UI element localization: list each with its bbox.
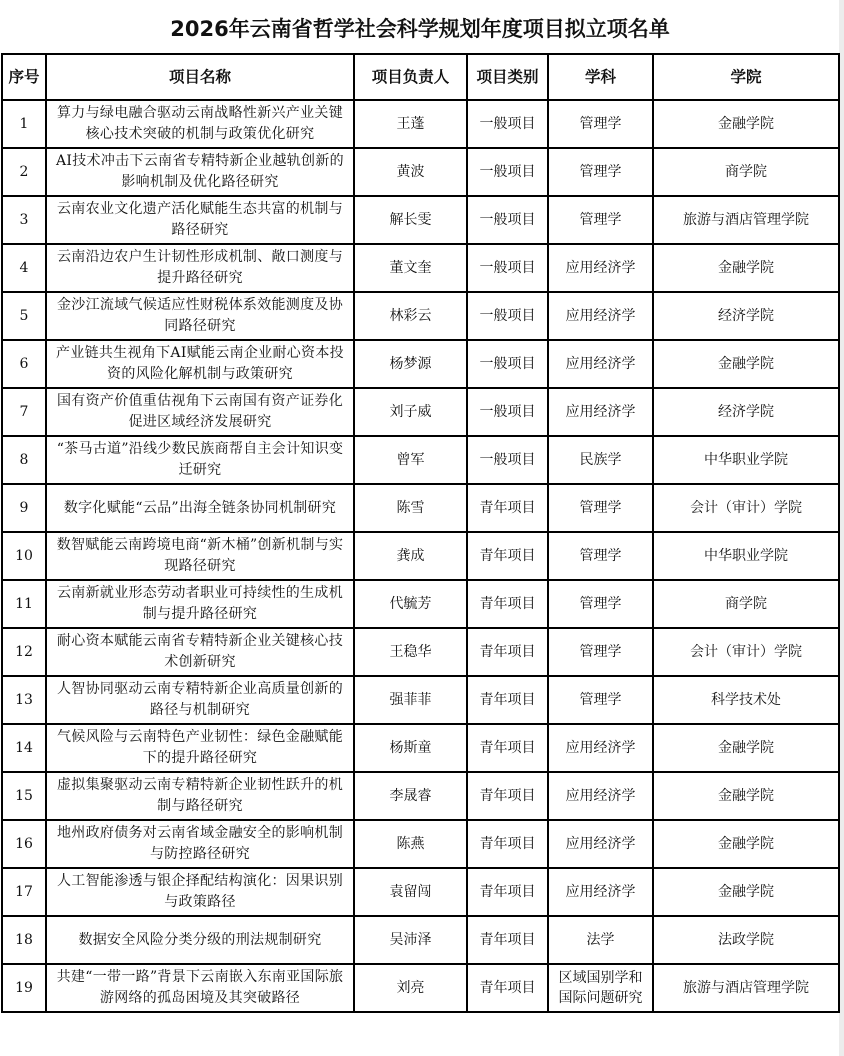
college-cell: 金融学院 (653, 100, 839, 148)
discipline-cell: 管理学 (548, 580, 653, 628)
table-row: 13人智协同驱动云南专精特新企业高质量创新的路径与机制研究强菲菲青年项目管理学科… (2, 676, 839, 724)
row-no-cell: 12 (2, 628, 46, 676)
category-cell: 青年项目 (467, 532, 548, 580)
leader-cell: 解长雯 (354, 196, 467, 244)
college-cell: 经济学院 (653, 292, 839, 340)
category-cell: 一般项目 (467, 340, 548, 388)
table-row: 4云南沿边农户生计韧性形成机制、敞口测度与提升路径研究董文奎一般项目应用经济学金… (2, 244, 839, 292)
row-no-cell: 1 (2, 100, 46, 148)
college-cell: 金融学院 (653, 820, 839, 868)
table-row: 3云南农业文化遗产活化赋能生态共富的机制与路径研究解长雯一般项目管理学旅游与酒店… (2, 196, 839, 244)
category-cell: 一般项目 (467, 100, 548, 148)
discipline-cell: 管理学 (548, 676, 653, 724)
row-no-cell: 6 (2, 340, 46, 388)
discipline-cell: 管理学 (548, 628, 653, 676)
discipline-cell: 应用经济学 (548, 244, 653, 292)
project-name-cell: 算力与绿电融合驱动云南战略性新兴产业关键核心技术突破的机制与政策优化研究 (46, 100, 354, 148)
college-cell: 金融学院 (653, 244, 839, 292)
leader-cell: 王蓬 (354, 100, 467, 148)
table-row: 18数据安全风险分类分级的刑法规制研究吴沛泽青年项目法学法政学院 (2, 916, 839, 964)
project-name-cell: 数智赋能云南跨境电商“新木桶”创新机制与实现路径研究 (46, 532, 354, 580)
table-row: 12耐心资本赋能云南省专精特新企业关键核心技术创新研究王稳华青年项目管理学会计（… (2, 628, 839, 676)
college-cell: 中华职业学院 (653, 532, 839, 580)
category-cell: 青年项目 (467, 772, 548, 820)
discipline-cell: 应用经济学 (548, 340, 653, 388)
discipline-cell: 应用经济学 (548, 772, 653, 820)
header-discipline: 学科 (548, 54, 653, 100)
table-row: 9数字化赋能“云品”出海全链条协同机制研究陈雪青年项目管理学会计（审计）学院 (2, 484, 839, 532)
college-cell: 会计（审计）学院 (653, 628, 839, 676)
college-cell: 会计（审计）学院 (653, 484, 839, 532)
row-no-cell: 13 (2, 676, 46, 724)
leader-cell: 陈燕 (354, 820, 467, 868)
table-row: 15虚拟集聚驱动云南专精特新企业韧性跃升的机制与路径研究李晟睿青年项目应用经济学… (2, 772, 839, 820)
project-name-cell: 云南农业文化遗产活化赋能生态共富的机制与路径研究 (46, 196, 354, 244)
college-cell: 经济学院 (653, 388, 839, 436)
leader-cell: 王稳华 (354, 628, 467, 676)
college-cell: 金融学院 (653, 868, 839, 916)
table-row: 17人工智能渗透与银企择配结构演化：因果识别与政策路径袁留闯青年项目应用经济学金… (2, 868, 839, 916)
college-cell: 商学院 (653, 148, 839, 196)
college-cell: 金融学院 (653, 724, 839, 772)
college-cell: 法政学院 (653, 916, 839, 964)
table-row: 16地州政府债务对云南省域金融安全的影响机制与防控路径研究陈燕青年项目应用经济学… (2, 820, 839, 868)
table-row: 11云南新就业形态劳动者职业可持续性的生成机制与提升路径研究代毓芳青年项目管理学… (2, 580, 839, 628)
leader-cell: 袁留闯 (354, 868, 467, 916)
category-cell: 青年项目 (467, 916, 548, 964)
table-row: 14气候风险与云南特色产业韧性：绿色金融赋能下的提升路径研究杨斯童青年项目应用经… (2, 724, 839, 772)
row-no-cell: 11 (2, 580, 46, 628)
project-name-cell: 产业链共生视角下AI赋能云南企业耐心资本投资的风险化解机制与政策研究 (46, 340, 354, 388)
table-row: 19共建“一带一路”背景下云南嵌入东南亚国际旅游网络的孤岛困境及其突破路径刘亮青… (2, 964, 839, 1012)
college-cell: 商学院 (653, 580, 839, 628)
leader-cell: 董文奎 (354, 244, 467, 292)
leader-cell: 刘亮 (354, 964, 467, 1012)
category-cell: 一般项目 (467, 388, 548, 436)
leader-cell: 黄波 (354, 148, 467, 196)
project-name-cell: 人工智能渗透与银企择配结构演化：因果识别与政策路径 (46, 868, 354, 916)
header-no: 序号 (2, 54, 46, 100)
leader-cell: 强菲菲 (354, 676, 467, 724)
project-name-cell: 云南沿边农户生计韧性形成机制、敞口测度与提升路径研究 (46, 244, 354, 292)
row-no-cell: 16 (2, 820, 46, 868)
row-no-cell: 9 (2, 484, 46, 532)
project-name-cell: 人智协同驱动云南专精特新企业高质量创新的路径与机制研究 (46, 676, 354, 724)
category-cell: 一般项目 (467, 196, 548, 244)
row-no-cell: 4 (2, 244, 46, 292)
project-name-cell: AI技术冲击下云南省专精特新企业越轨创新的影响机制及优化路径研究 (46, 148, 354, 196)
project-list-table: 序号 项目名称 项目负责人 项目类别 学科 学院 1算力与绿电融合驱动云南战略性… (1, 53, 840, 1013)
project-name-cell: 国有资产价值重估视角下云南国有资产证券化促进区域经济发展研究 (46, 388, 354, 436)
table-row: 10数智赋能云南跨境电商“新木桶”创新机制与实现路径研究龚成青年项目管理学中华职… (2, 532, 839, 580)
discipline-cell: 管理学 (548, 100, 653, 148)
college-cell: 科学技术处 (653, 676, 839, 724)
college-cell: 金融学院 (653, 772, 839, 820)
leader-cell: 林彩云 (354, 292, 467, 340)
header-leader: 项目负责人 (354, 54, 467, 100)
project-name-cell: 气候风险与云南特色产业韧性：绿色金融赋能下的提升路径研究 (46, 724, 354, 772)
leader-cell: 吴沛泽 (354, 916, 467, 964)
category-cell: 青年项目 (467, 868, 548, 916)
table-row: 1算力与绿电融合驱动云南战略性新兴产业关键核心技术突破的机制与政策优化研究王蓬一… (2, 100, 839, 148)
category-cell: 一般项目 (467, 244, 548, 292)
row-no-cell: 18 (2, 916, 46, 964)
leader-cell: 代毓芳 (354, 580, 467, 628)
project-name-cell: 虚拟集聚驱动云南专精特新企业韧性跃升的机制与路径研究 (46, 772, 354, 820)
discipline-cell: 法学 (548, 916, 653, 964)
college-cell: 旅游与酒店管理学院 (653, 964, 839, 1012)
leader-cell: 陈雪 (354, 484, 467, 532)
discipline-cell: 应用经济学 (548, 820, 653, 868)
project-name-cell: 数据安全风险分类分级的刑法规制研究 (46, 916, 354, 964)
discipline-cell: 民族学 (548, 436, 653, 484)
table-row: 5金沙江流域气候适应性财税体系效能测度及协同路径研究林彩云一般项目应用经济学经济… (2, 292, 839, 340)
category-cell: 青年项目 (467, 628, 548, 676)
row-no-cell: 19 (2, 964, 46, 1012)
leader-cell: 杨梦源 (354, 340, 467, 388)
discipline-cell: 区域国别学和国际问题研究 (548, 964, 653, 1012)
table-row: 7国有资产价值重估视角下云南国有资产证券化促进区域经济发展研究刘子威一般项目应用… (2, 388, 839, 436)
discipline-cell: 应用经济学 (548, 724, 653, 772)
discipline-cell: 应用经济学 (548, 868, 653, 916)
row-no-cell: 14 (2, 724, 46, 772)
discipline-cell: 应用经济学 (548, 292, 653, 340)
table-row: 6产业链共生视角下AI赋能云南企业耐心资本投资的风险化解机制与政策研究杨梦源一般… (2, 340, 839, 388)
discipline-cell: 管理学 (548, 532, 653, 580)
college-cell: 金融学院 (653, 340, 839, 388)
document-title: 2026年云南省哲学社会科学规划年度项目拟立项名单 (0, 0, 840, 54)
category-cell: 青年项目 (467, 724, 548, 772)
college-cell: 旅游与酒店管理学院 (653, 196, 839, 244)
row-no-cell: 2 (2, 148, 46, 196)
header-category: 项目类别 (467, 54, 548, 100)
category-cell: 青年项目 (467, 964, 548, 1012)
row-no-cell: 5 (2, 292, 46, 340)
row-no-cell: 10 (2, 532, 46, 580)
leader-cell: 刘子威 (354, 388, 467, 436)
college-cell: 中华职业学院 (653, 436, 839, 484)
category-cell: 青年项目 (467, 820, 548, 868)
project-name-cell: “茶马古道”沿线少数民族商帮自主会计知识变迁研究 (46, 436, 354, 484)
table-header-row: 序号 项目名称 项目负责人 项目类别 学科 学院 (2, 54, 839, 100)
leader-cell: 李晟睿 (354, 772, 467, 820)
category-cell: 一般项目 (467, 292, 548, 340)
discipline-cell: 管理学 (548, 196, 653, 244)
leader-cell: 杨斯童 (354, 724, 467, 772)
project-name-cell: 共建“一带一路”背景下云南嵌入东南亚国际旅游网络的孤岛困境及其突破路径 (46, 964, 354, 1012)
discipline-cell: 应用经济学 (548, 388, 653, 436)
discipline-cell: 管理学 (548, 148, 653, 196)
row-no-cell: 17 (2, 868, 46, 916)
header-project-name: 项目名称 (46, 54, 354, 100)
table-row: 8“茶马古道”沿线少数民族商帮自主会计知识变迁研究曾军一般项目民族学中华职业学院 (2, 436, 839, 484)
category-cell: 青年项目 (467, 580, 548, 628)
project-name-cell: 云南新就业形态劳动者职业可持续性的生成机制与提升路径研究 (46, 580, 354, 628)
project-name-cell: 地州政府债务对云南省域金融安全的影响机制与防控路径研究 (46, 820, 354, 868)
project-name-cell: 数字化赋能“云品”出海全链条协同机制研究 (46, 484, 354, 532)
leader-cell: 曾军 (354, 436, 467, 484)
discipline-cell: 管理学 (548, 484, 653, 532)
category-cell: 一般项目 (467, 436, 548, 484)
row-no-cell: 15 (2, 772, 46, 820)
table-row: 2AI技术冲击下云南省专精特新企业越轨创新的影响机制及优化路径研究黄波一般项目管… (2, 148, 839, 196)
row-no-cell: 7 (2, 388, 46, 436)
header-college: 学院 (653, 54, 839, 100)
category-cell: 青年项目 (467, 676, 548, 724)
project-name-cell: 金沙江流域气候适应性财税体系效能测度及协同路径研究 (46, 292, 354, 340)
category-cell: 一般项目 (467, 148, 548, 196)
project-name-cell: 耐心资本赋能云南省专精特新企业关键核心技术创新研究 (46, 628, 354, 676)
row-no-cell: 8 (2, 436, 46, 484)
row-no-cell: 3 (2, 196, 46, 244)
category-cell: 青年项目 (467, 484, 548, 532)
leader-cell: 龚成 (354, 532, 467, 580)
